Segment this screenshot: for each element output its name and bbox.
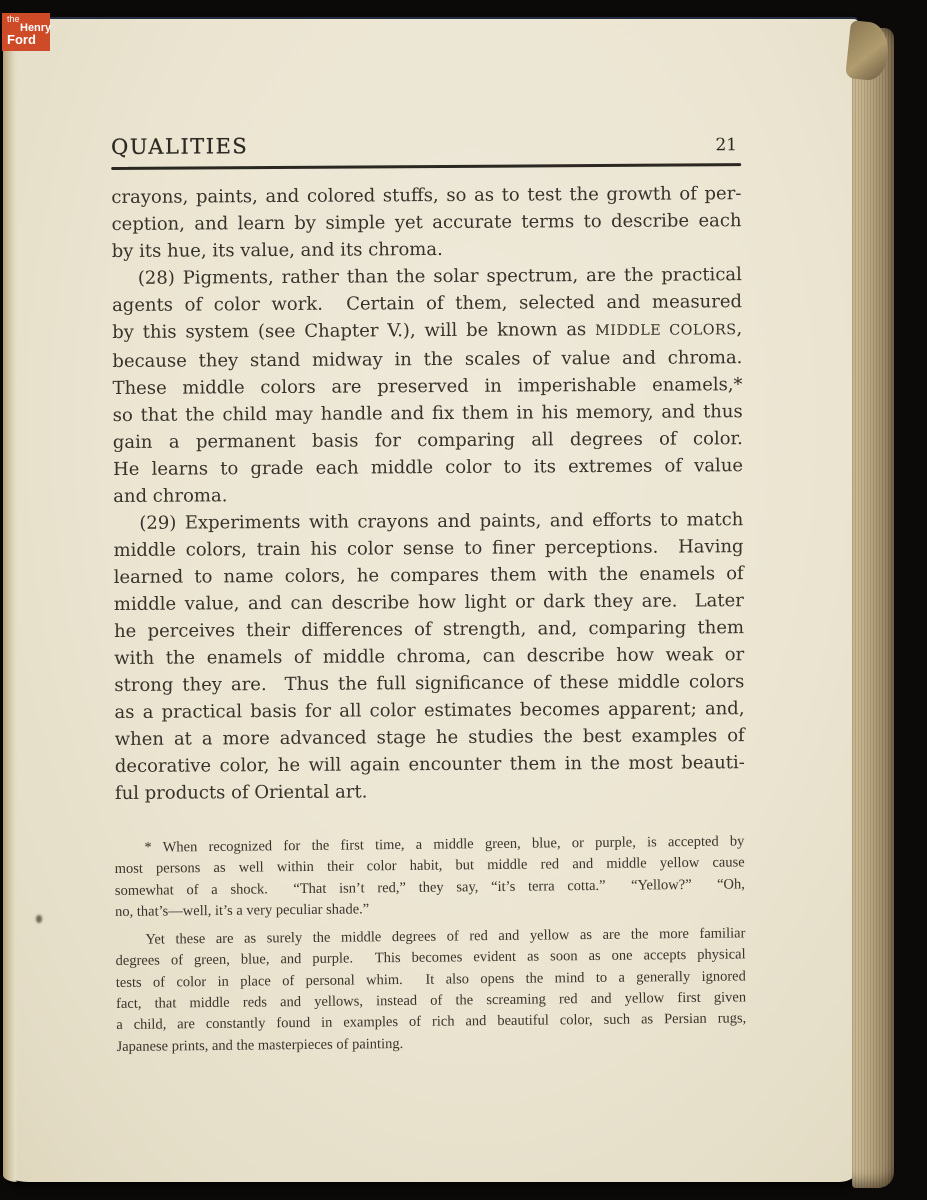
text-line: by its hue, its value, and its chroma. bbox=[112, 234, 742, 265]
footnote-paragraph: * When recognized for the first time, a … bbox=[114, 831, 745, 923]
text-line: agents of color work. Certain of them, s… bbox=[112, 288, 742, 319]
page-gutter-edge bbox=[3, 19, 18, 1182]
text-line: middle colors, train his color sense to … bbox=[113, 533, 743, 564]
running-header: QUALITIES 21 bbox=[111, 131, 741, 159]
text-line: with the enamels of middle chroma, can d… bbox=[114, 641, 744, 672]
book-fore-edge bbox=[852, 28, 894, 1188]
text-line: ception, and learn by simple yet accurat… bbox=[111, 207, 741, 238]
scan-speck bbox=[36, 915, 42, 923]
henry-ford-logo: the Henry Ford bbox=[2, 13, 50, 51]
text-line: crayons, paints, and colored stuffs, so … bbox=[111, 180, 741, 211]
text-line: decorative color, he will again encounte… bbox=[115, 749, 745, 780]
page-content: QUALITIES 21 crayons, paints, and colore… bbox=[111, 131, 747, 1065]
page-number: 21 bbox=[715, 135, 741, 155]
book-page: QUALITIES 21 crayons, paints, and colore… bbox=[3, 19, 858, 1182]
text-line: He learns to grade each middle color to … bbox=[113, 452, 743, 483]
text-line: he perceives their differences of streng… bbox=[114, 614, 744, 645]
photo-background: { "photo": { "background_color": "#0b0a0… bbox=[0, 0, 927, 1200]
logo-line-ford: Ford bbox=[7, 33, 50, 46]
text-line: learned to name colors, he compares them… bbox=[114, 560, 744, 591]
text-line: by this system (see Chapter V.), will be… bbox=[112, 315, 742, 348]
body-paragraph: (28) Pigments, rather than the solar spe… bbox=[112, 261, 743, 510]
text-line: strong they are. Thus the full significa… bbox=[114, 668, 744, 699]
text-line: because they stand midway in the scales … bbox=[112, 344, 742, 375]
text-line: so that the child may handle and fix the… bbox=[113, 398, 743, 429]
text-line: middle value, and can describe how light… bbox=[114, 587, 744, 618]
page-title: QUALITIES bbox=[111, 134, 248, 159]
footnote-section: * When recognized for the first time, a … bbox=[114, 831, 746, 1058]
footnote-paragraph: Yet these are as surely the middle degre… bbox=[115, 924, 746, 1058]
body-paragraph: crayons, paints, and colored stuffs, so … bbox=[111, 180, 741, 265]
text-line: gain a permanent basis for comparing all… bbox=[113, 425, 743, 456]
text-line: These middle colors are preserved in imp… bbox=[112, 371, 742, 402]
text-line: when at a more advanced stage he studies… bbox=[115, 722, 745, 753]
small-caps-text: middle colors bbox=[595, 322, 736, 339]
body-text: crayons, paints, and colored stuffs, so … bbox=[111, 180, 745, 807]
text-line: as a practical basis for all color estim… bbox=[114, 695, 744, 726]
text-line: ful products of Oriental art. bbox=[115, 776, 745, 807]
text-line: (28) Pigments, rather than the solar spe… bbox=[112, 261, 742, 292]
header-rule bbox=[111, 163, 741, 170]
body-paragraph: (29) Experiments with crayons and paints… bbox=[113, 506, 745, 807]
text-line: (29) Experiments with crayons and paints… bbox=[113, 506, 743, 537]
text-line: and chroma. bbox=[113, 479, 743, 510]
